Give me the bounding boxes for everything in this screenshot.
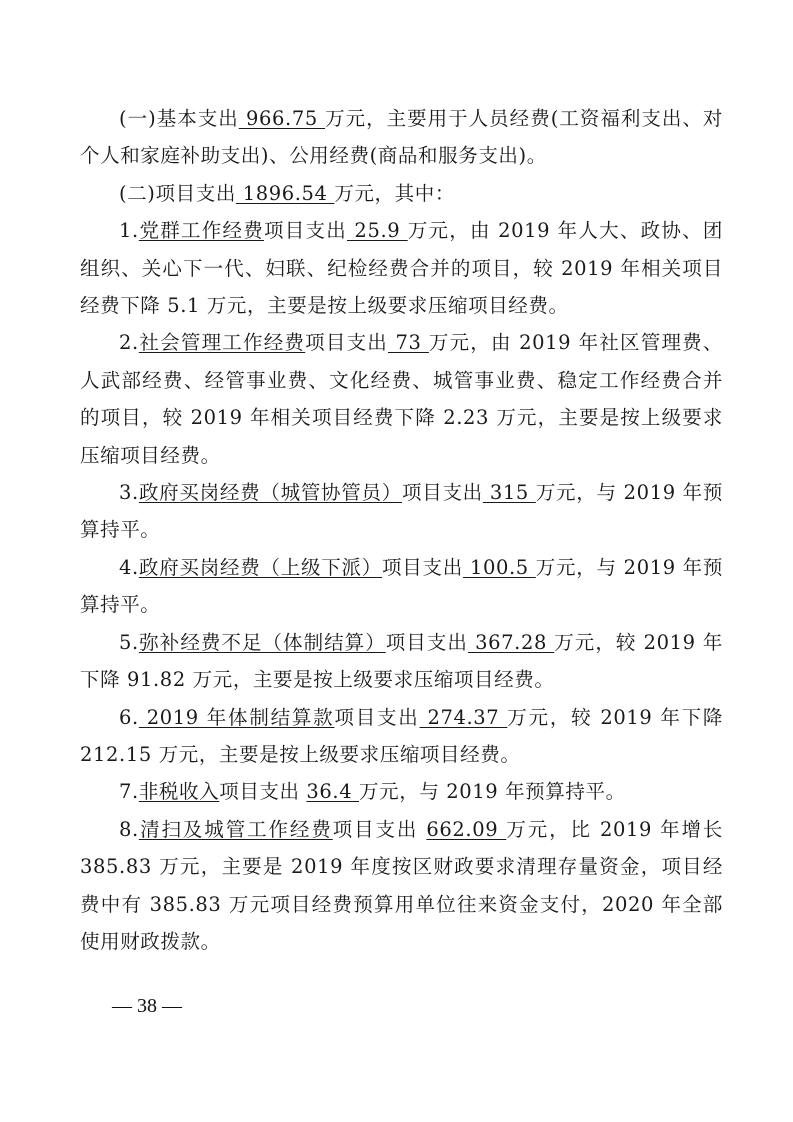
item-number: 8.: [119, 818, 139, 841]
item-amount: 367.28: [468, 631, 554, 654]
text-segment: 项目支出: [386, 631, 468, 654]
item-title: 社会管理工作经费: [139, 331, 305, 354]
paragraph-basic-expense: (一)基本支出 966.75 万元，主要用于人员经费(工资福利支出、对个人和家庭…: [80, 100, 723, 175]
item-title: 政府买岗经费（城管协管员）: [139, 481, 402, 504]
item-number: 4.: [119, 556, 139, 579]
paragraph-item-7: 7.非税收入项目支出 36.4 万元，与 2019 年预算持平。: [80, 773, 723, 810]
item-amount: 662.09: [426, 818, 506, 841]
item-description: 万元，与 2019 年预算持平。: [359, 780, 626, 803]
item-number: 7.: [119, 780, 139, 803]
item-number: 2.: [119, 331, 139, 354]
item-number: 3.: [119, 481, 139, 504]
item-amount: 73: [388, 331, 429, 354]
text-segment: 万元，其中：: [334, 182, 455, 205]
item-title: 清扫及城管工作经费: [139, 818, 333, 841]
text-segment: 项目支出: [264, 219, 347, 242]
item-title: 政府买岗经费（上级下派）: [139, 556, 382, 579]
text-segment: (一)基本支出: [119, 107, 239, 130]
item-title: 2019 年体制结算款: [139, 706, 335, 729]
document-body: (一)基本支出 966.75 万元，主要用于人员经费(工资福利支出、对个人和家庭…: [80, 100, 723, 960]
item-amount: 100.5: [463, 556, 536, 579]
text-segment: 项目支出: [305, 331, 388, 354]
paragraph-project-expense: (二)项目支出 1896.54 万元，其中：: [80, 175, 723, 212]
text-segment: 项目支出: [334, 706, 419, 729]
amount-basic-expense: 966.75: [239, 107, 325, 130]
amount-project-expense: 1896.54: [236, 182, 334, 205]
item-number: 1.: [119, 219, 139, 242]
page-number: — 38 —: [112, 995, 182, 1018]
text-segment: (二)项目支出: [119, 182, 236, 205]
paragraph-item-1: 1.党群工作经费项目支出 25.9 万元，由 2019 年人大、政协、团组织、关…: [80, 212, 723, 324]
text-segment: 项目支出: [219, 780, 306, 803]
item-amount: 25.9: [347, 219, 408, 242]
item-amount: 36.4: [306, 780, 359, 803]
paragraph-item-2: 2.社会管理工作经费项目支出 73 万元，由 2019 年社区管理费、人武部经费…: [80, 324, 723, 474]
item-title: 党群工作经费: [139, 219, 264, 242]
paragraph-item-4: 4.政府买岗经费（上级下派）项目支出 100.5 万元，与 2019 年预算持平…: [80, 549, 723, 624]
paragraph-item-5: 5.弥补经费不足（体制结算）项目支出 367.28 万元，较 2019 年下降 …: [80, 624, 723, 699]
item-amount: 315: [483, 481, 536, 504]
item-number: 5.: [119, 631, 139, 654]
text-segment: 项目支出: [382, 556, 463, 579]
item-amount: 274.37: [420, 706, 508, 729]
item-title: 非税收入: [139, 780, 219, 803]
paragraph-item-3: 3.政府买岗经费（城管协管员）项目支出 315 万元，与 2019 年预算持平。: [80, 474, 723, 549]
item-number: 6.: [119, 706, 139, 729]
text-segment: 项目支出: [402, 481, 483, 504]
paragraph-item-6: 6. 2019 年体制结算款项目支出 274.37 万元，较 2019 年下降 …: [80, 699, 723, 774]
text-segment: 项目支出: [333, 818, 427, 841]
paragraph-item-8: 8.清扫及城管工作经费项目支出 662.09 万元，比 2019 年增长 385…: [80, 811, 723, 961]
item-title: 弥补经费不足（体制结算）: [139, 631, 386, 654]
